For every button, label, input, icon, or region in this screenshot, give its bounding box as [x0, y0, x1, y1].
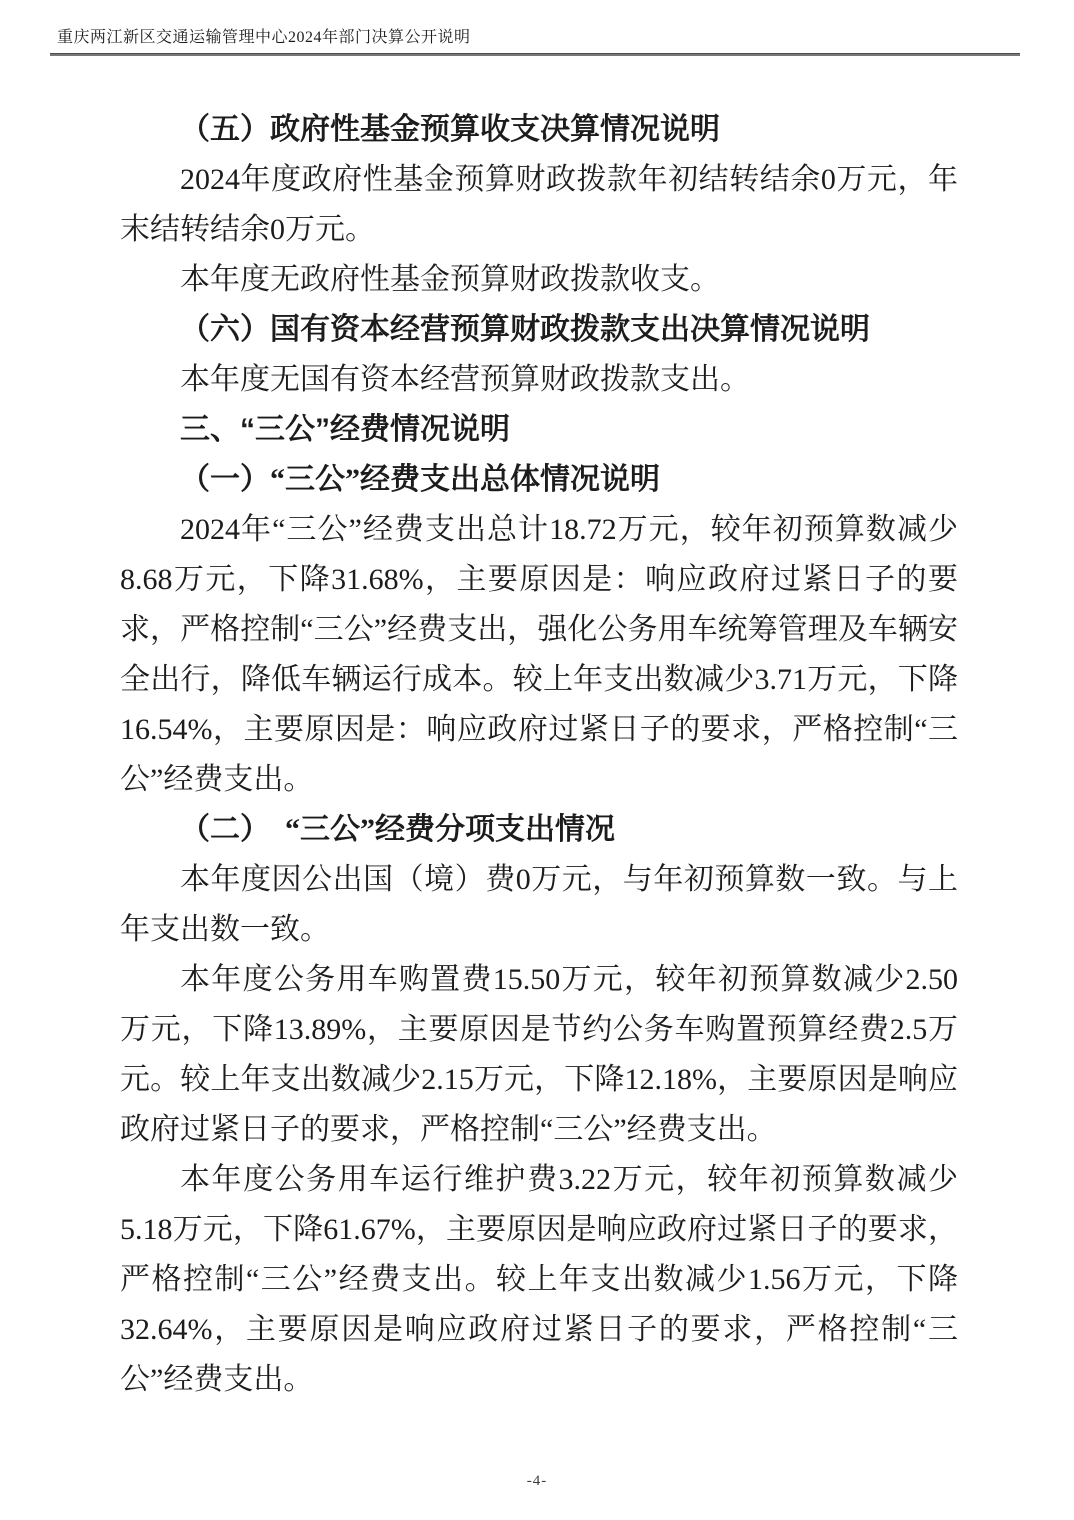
paragraph: 本年度公务用车运行维护费3.22万元，较年初预算数减少5.18万元，下降61.6…	[120, 1155, 958, 1405]
paragraph: 本年度公务用车购置费15.50万元，较年初预算数减少2.50万元，下降13.89…	[120, 955, 958, 1155]
sub-heading: （五）政府性基金预算收支决算情况说明	[120, 105, 958, 155]
paragraph: 本年度因公出国（境）费0万元，与年初预算数一致。与上年支出数一致。	[120, 855, 958, 955]
document-body: （五）政府性基金预算收支决算情况说明2024年度政府性基金预算财政拨款年初结转结…	[120, 105, 958, 1405]
page-footer: -4-	[0, 1472, 1074, 1490]
sub-heading: （六）国有资本经营预算财政拨款支出决算情况说明	[120, 305, 958, 355]
document-page: 重庆两江新区交通运输管理中心2024年部门决算公开说明 （五）政府性基金预算收支…	[0, 0, 1074, 1520]
sub-heading: （二） “三公”经费分项支出情况	[120, 805, 958, 855]
page-number: -4-	[527, 1473, 548, 1489]
paragraph: 本年度无政府性基金预算财政拨款收支。	[120, 255, 958, 305]
header-title: 重庆两江新区交通运输管理中心2024年部门决算公开说明	[57, 28, 471, 48]
header-rule	[50, 53, 1020, 56]
section-heading: 三、“三公”经费情况说明	[120, 405, 958, 455]
sub-heading: （一）“三公”经费支出总体情况说明	[120, 455, 958, 505]
paragraph: 本年度无国有资本经营预算财政拨款支出。	[120, 355, 958, 405]
paragraph: 2024年“三公”经费支出总计18.72万元，较年初预算数减少8.68万元，下降…	[120, 505, 958, 805]
paragraph: 2024年度政府性基金预算财政拨款年初结转结余0万元，年末结转结余0万元。	[120, 155, 958, 255]
